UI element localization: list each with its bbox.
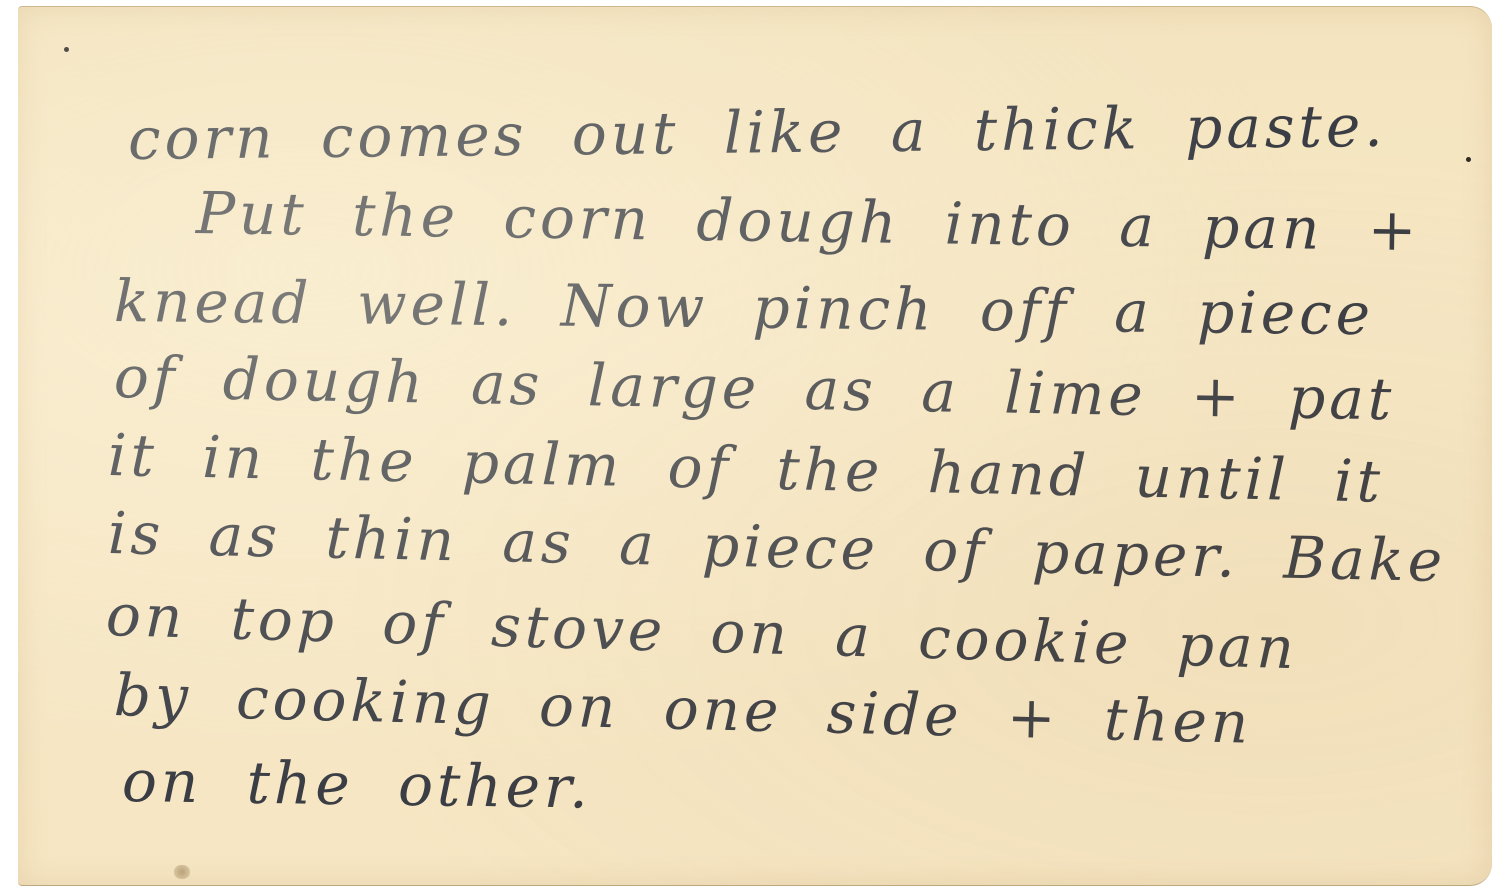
- handwritten-line-4: of dough as large as a lime + pat: [113, 343, 1395, 433]
- paper-stain: [174, 865, 190, 879]
- handwritten-line-2: Put the corn dough into a pan +: [196, 179, 1421, 264]
- recipe-card: corn comes out like a thick paste. Put t…: [18, 6, 1492, 886]
- handwritten-line-6: is as thin as a piece of paper. Bake: [107, 499, 1447, 595]
- ink-speck: [64, 47, 69, 52]
- ink-speck: [1466, 157, 1471, 162]
- handwritten-line-5: it in the palm of the hand until it: [107, 421, 1384, 516]
- handwritten-line-3: knead well. Now pinch off a piece: [114, 267, 1375, 348]
- handwritten-line-3-text: knead well. Now pinch off a piece: [114, 267, 1375, 348]
- handwritten-line-9: on the other.: [122, 747, 593, 822]
- handwritten-line-1: corn comes out like a thick paste.: [128, 92, 1387, 173]
- handwritten-line-4-text: of dough as large as a lime + pat: [113, 343, 1395, 433]
